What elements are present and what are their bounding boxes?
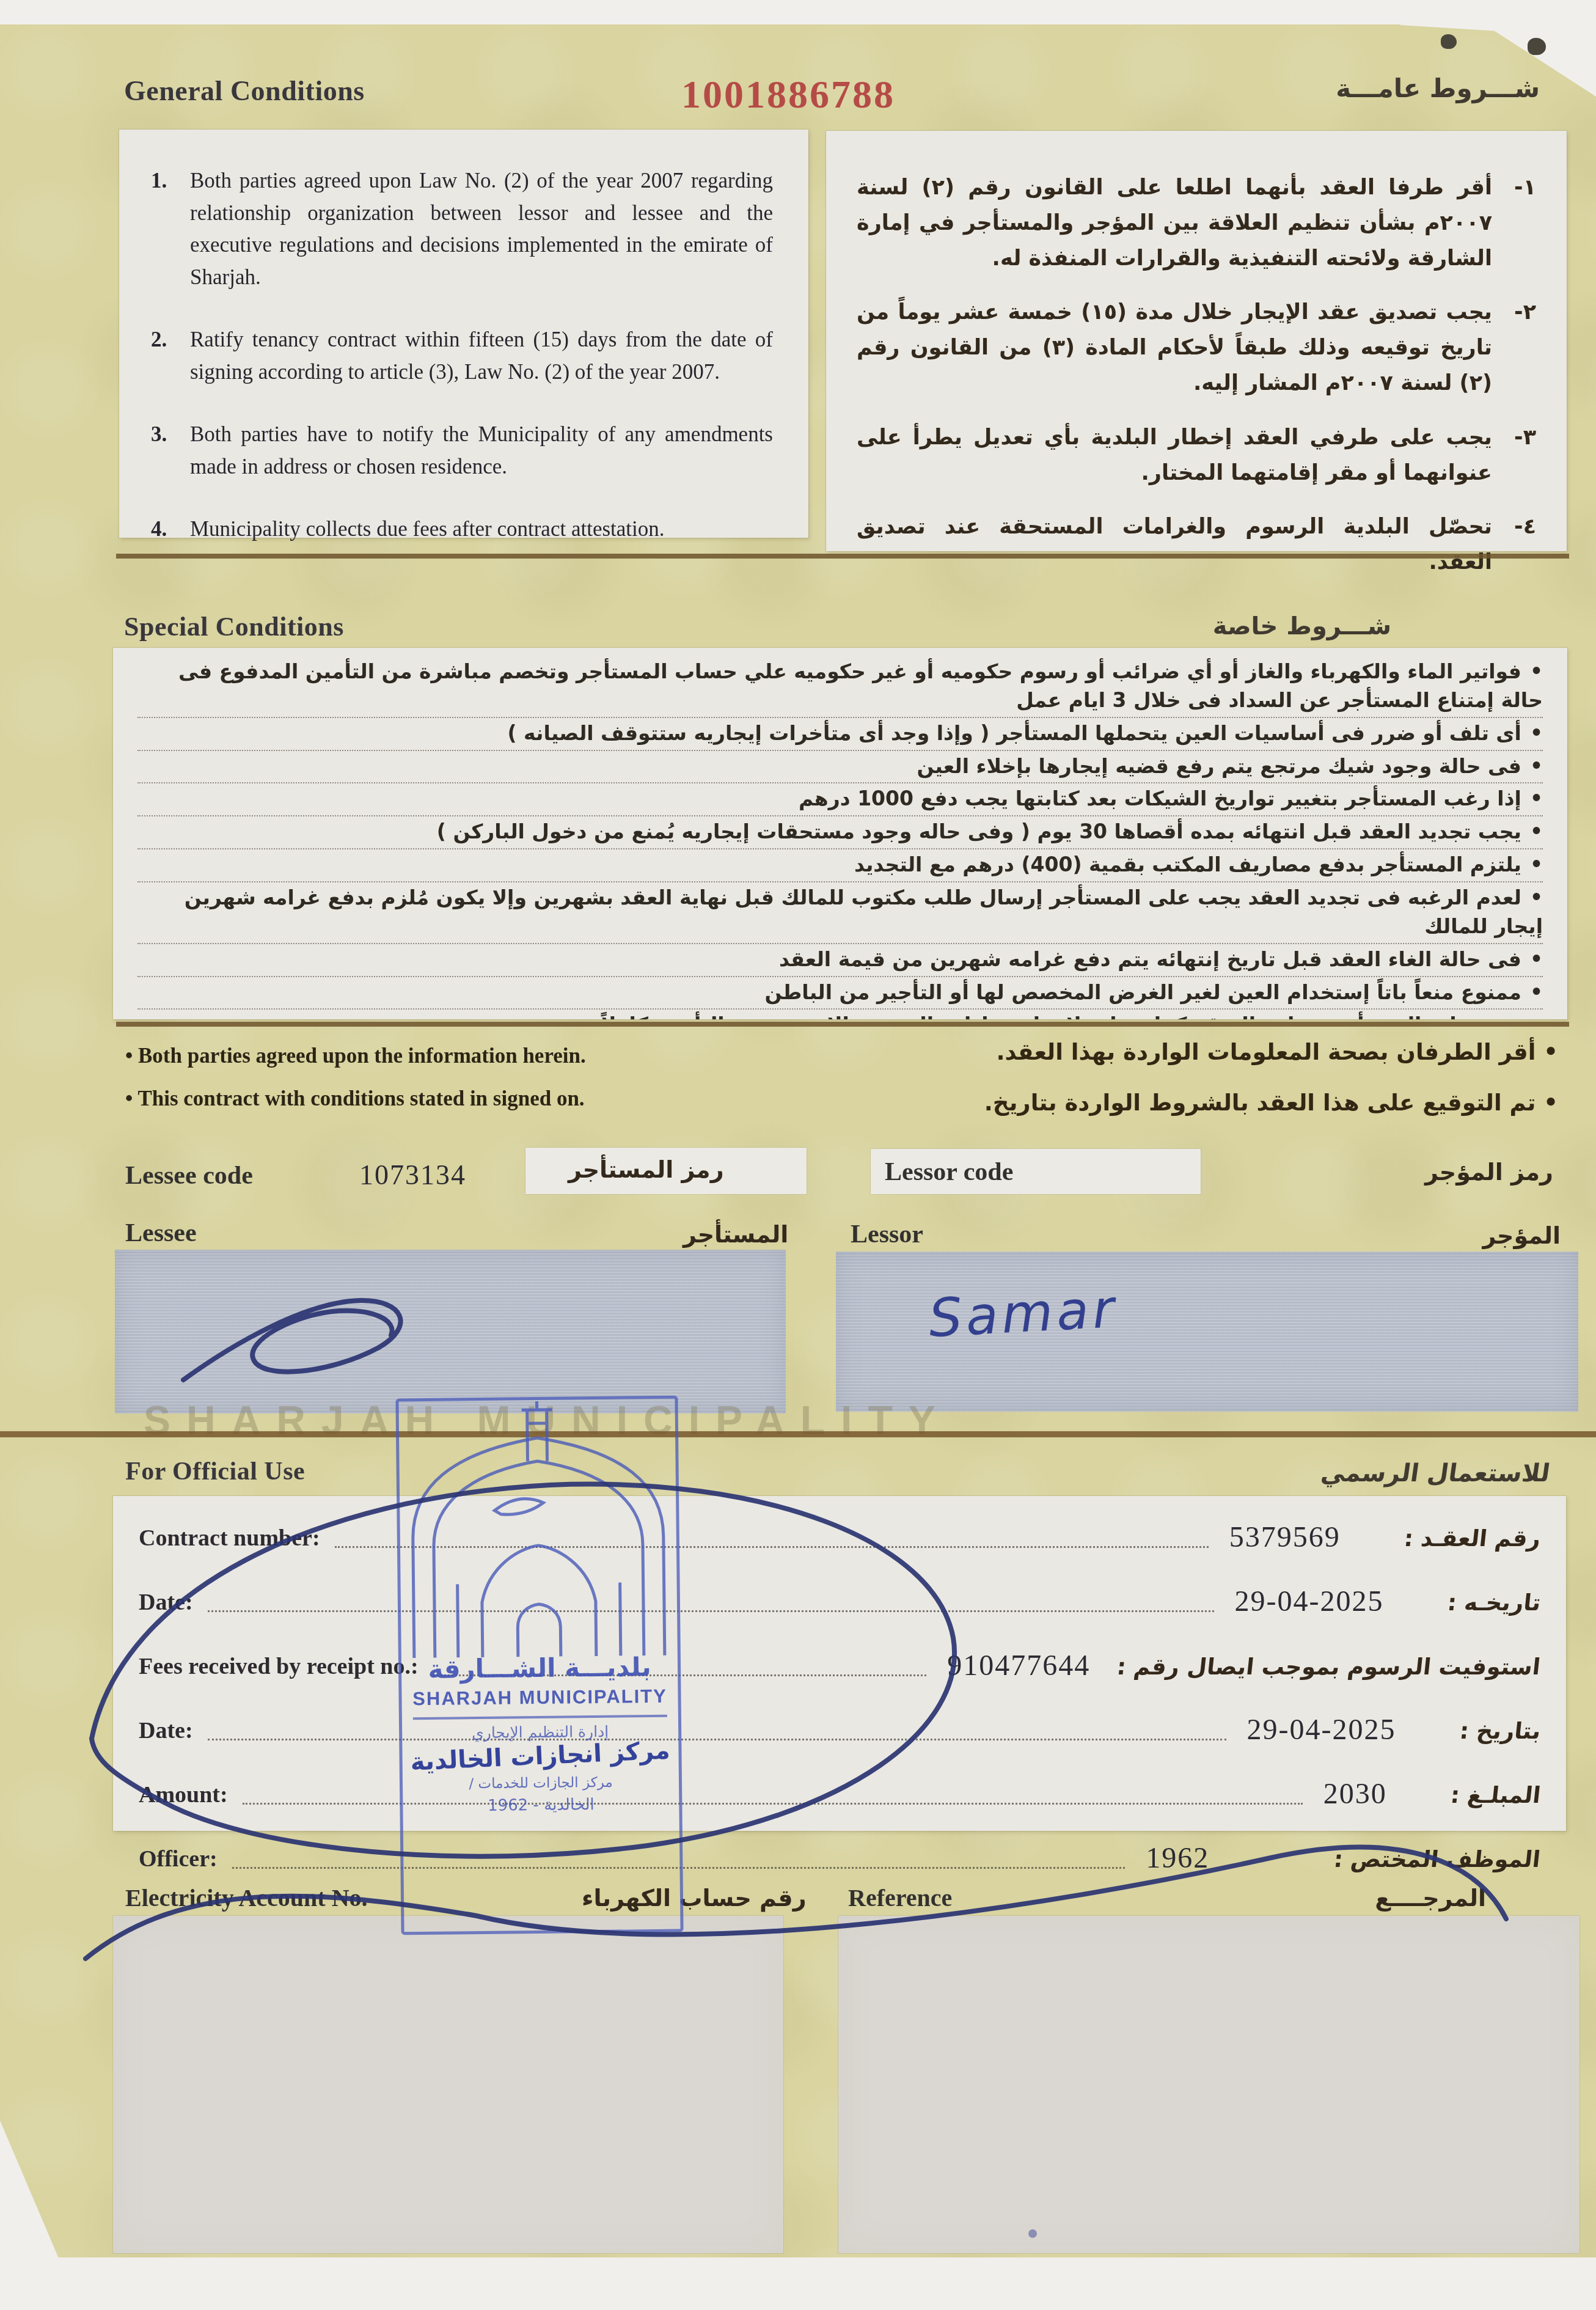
- agreement-text: أقر الطرفان بصحة المعلومات الواردة بهذا …: [996, 1039, 1536, 1065]
- row-value: 2030: [1323, 1777, 1387, 1811]
- special-condition-item: •فى حالة الغاء العقد قبل تاريخ إنتهائه ي…: [137, 944, 1543, 977]
- item-number: 1.: [151, 165, 178, 293]
- agreement-line: • Both parties agreed upon the informati…: [125, 1044, 586, 1068]
- row-label-en: Date:: [139, 1717, 193, 1744]
- stamp-center-ar: مركز انجازات الخالدية: [410, 1736, 671, 1776]
- dotted-line: [208, 1739, 1226, 1740]
- lessee-signature-area: [115, 1250, 786, 1414]
- item-text: إذا رغب المستأجر بتغيير تواريخ الشيكات ب…: [799, 787, 1521, 810]
- item-number: 3.: [151, 419, 178, 483]
- special-condition-item: •فى حالة وجود شيك مرتجع يتم رفع قضيه إيج…: [137, 751, 1543, 784]
- item-text: لعدم الرغبه فى تجديد العقد يجب على المست…: [185, 886, 1543, 938]
- special-condition-item: •ممنوع منعاً باتاً إستخدام العين لغير ال…: [137, 977, 1543, 1010]
- row-label-en: Fees received by receipt no.:: [139, 1653, 419, 1680]
- item-text: ممنوع منعاً باتاً إستخدام العين لغير الغ…: [765, 980, 1521, 1004]
- item-text: أقر طرفا العقد بأنهما اطلعا على القانون …: [857, 170, 1492, 276]
- agreement-line: • أقر الطرفان بصحة المعلومات الواردة بهذ…: [984, 1039, 1558, 1065]
- item-number: 2.: [151, 324, 178, 388]
- special-conditions-title-en: Special Conditions: [124, 611, 344, 642]
- special-condition-item: •إذا رغب المستأجر بتغيير تواريخ الشيكات …: [137, 783, 1543, 816]
- special-condition-item: •يجب تجديد العقد قبل انتهائه بمده أقصاها…: [137, 816, 1543, 849]
- row-label-ar: استوفيت الرسوم بموجب ايصال رقم :: [1116, 1654, 1542, 1680]
- electricity-account-box: [113, 1916, 783, 2253]
- lessee-label-en: Lessee: [125, 1219, 197, 1248]
- row-value: 29-04-2025: [1247, 1713, 1396, 1747]
- item-text: يجب تجديد العقد قبل انتهائه بمده أقصاها …: [437, 820, 1521, 843]
- item-number: ٤-: [1504, 509, 1536, 580]
- reference-label-en: Reference: [848, 1883, 952, 1912]
- lessee-code-label-ar: رمز المستأجر: [568, 1156, 724, 1183]
- item-text: يجب تصديق عقد الإيجار خلال مدة (١٥) خمسة…: [857, 295, 1492, 401]
- bullet-glyph: •: [125, 1087, 133, 1110]
- row-label-ar: تاريخـه :: [1446, 1590, 1542, 1616]
- stamp-municipality-ar: بلديـــة الشـــارقة: [428, 1652, 651, 1684]
- section-divider: [116, 554, 1569, 559]
- mosque-arch-icon: [401, 1399, 674, 1659]
- item-text: Both parties have to notify the Municipa…: [190, 419, 773, 483]
- item-text: فى حالة الغاء العقد قبل تاريخ إنتهائه يت…: [779, 947, 1521, 971]
- agreement-line: • This contract with conditions stated i…: [125, 1087, 586, 1111]
- section-divider: [116, 1022, 1569, 1027]
- lessor-code-label-en: Lessor code: [885, 1157, 1013, 1187]
- stamp-municipality-en: SHARJAH MUNICIPALITY: [412, 1685, 667, 1710]
- item-text: يلتزم المستأجر بدفع مصاريف المكتب بقمية …: [854, 853, 1521, 876]
- bullet-glyph: •: [1543, 1090, 1558, 1116]
- dotted-line: [208, 1610, 1214, 1612]
- item-text: يجب على طرفي العقد إخطار البلدية بأي تعد…: [857, 420, 1492, 491]
- item-text: فى حالة وجود شيك مرتجع يتم رفع قضيه إيجا…: [917, 754, 1521, 778]
- row-value: 5379569: [1229, 1520, 1341, 1554]
- sharjah-municipality-stamp: بلديـــة الشـــارقة SHARJAH MUNICIPALITY…: [395, 1396, 683, 1935]
- item-text: Municipality collects due fees after con…: [190, 513, 773, 546]
- general-condition-en-item: 2. Ratify tenancy contract within fiftee…: [151, 324, 773, 388]
- bullet-glyph: •: [1530, 721, 1543, 745]
- agreement-text: This contract with conditions stated in …: [137, 1087, 584, 1110]
- scan-margin-top: [0, 0, 1596, 24]
- bullet-glyph: •: [1530, 947, 1543, 971]
- official-row-date2: Date: 29-04-2025 بتاريخ :: [113, 1689, 1566, 1753]
- stamp-services-ar: مركز الجازات للخدمات /: [469, 1775, 613, 1792]
- general-conditions-list-en: 1. Both parties agreed upon Law No. (2) …: [119, 130, 808, 538]
- staple-mark: [1441, 34, 1457, 49]
- row-label-ar: بتاريخ :: [1458, 1718, 1542, 1744]
- item-number: ٢-: [1504, 295, 1536, 401]
- row-label-en: Date:: [139, 1589, 193, 1616]
- item-number: ٣-: [1504, 420, 1536, 491]
- general-condition-en-item: 3. Both parties have to notify the Munic…: [151, 419, 773, 483]
- staple-mark: [1528, 38, 1546, 55]
- stamp-divider: [413, 1715, 667, 1720]
- official-use-title-en: For Official Use: [125, 1457, 305, 1486]
- special-condition-item: •فواتير الماء والكهرباء والغاز أو أي ضرا…: [137, 656, 1543, 718]
- official-row-fees-receipt: Fees received by receipt no.: 910477644 …: [113, 1624, 1566, 1689]
- lessor-label-ar: المؤجر: [1482, 1222, 1561, 1249]
- lessee-label-ar: المستأجر: [683, 1221, 788, 1248]
- reference-label-ar: المرجــــع: [1375, 1885, 1486, 1912]
- row-label-ar: رقم العقـد :: [1403, 1525, 1542, 1552]
- agreement-statements-en: • Both parties agreed upon the informati…: [125, 1044, 586, 1129]
- general-condition-en-item: 1. Both parties agreed upon Law No. (2) …: [151, 165, 773, 293]
- bullet-glyph: •: [125, 1044, 133, 1068]
- official-row-date: Date: 29-04-2025 تاريخـه :: [113, 1560, 1566, 1624]
- lessor-code-label-ar: رمز المؤجر: [1425, 1159, 1553, 1186]
- bullet-glyph: •: [1530, 980, 1543, 1004]
- electricity-account-label-en: Electricity Account No.: [125, 1883, 368, 1912]
- row-value: 910477644: [947, 1649, 1090, 1682]
- row-label-en: Officer:: [139, 1846, 218, 1872]
- item-text: Ratify tenancy contract within fifteen (…: [190, 324, 773, 388]
- row-label-ar: الموظف المختص :: [1333, 1846, 1542, 1872]
- scan-margin-bottom: [0, 2257, 1596, 2310]
- item-number: 4.: [151, 513, 178, 546]
- item-text: فواتير الماء والكهرباء والغاز أو أي ضرائ…: [178, 659, 1543, 712]
- special-condition-item: •لعدم الرغبه فى تجديد العقد يجب على المس…: [137, 882, 1543, 944]
- bullet-glyph: •: [1530, 886, 1543, 909]
- stamp-department-ar: إدارة التنظيم الإيجاري: [472, 1723, 609, 1742]
- official-row-contract-number: Contract number: 5379569 رقم العقـد :: [113, 1496, 1566, 1560]
- lessee-code-label-en: Lessee code: [125, 1161, 253, 1190]
- item-text: تحصّل البلدية الرسوم والغرامات المستحقة …: [857, 509, 1492, 580]
- special-condition-item: •يجب على المستأجر تسليم الشقه كما تم إست…: [137, 1010, 1543, 1019]
- agreement-statements-ar: • أقر الطرفان بصحة المعلومات الواردة بهذ…: [984, 1039, 1558, 1140]
- row-label-en: Amount:: [139, 1781, 228, 1808]
- general-condition-en-item: 4. Municipality collects due fees after …: [151, 513, 773, 546]
- bullet-glyph: •: [1530, 754, 1543, 778]
- row-value: 1962: [1146, 1841, 1209, 1875]
- bullet-glyph: •: [1530, 1013, 1543, 1019]
- stamp-branch-year-ar: الخالدية - 1962: [488, 1795, 595, 1815]
- official-row-officer: Officer: 1962 الموظف المختص :: [113, 1817, 1566, 1881]
- special-condition-item: •أى تلف أو ضرر فى أساسيات العين يتحملها …: [137, 718, 1543, 751]
- reference-box: [838, 1916, 1580, 2253]
- lessor-label-en: Lessor: [851, 1220, 923, 1249]
- item-text: أى تلف أو ضرر فى أساسيات العين يتحملها ا…: [508, 721, 1521, 745]
- bullet-glyph: •: [1530, 659, 1543, 683]
- agreement-text: تم التوقيع على هذا العقد بالشروط الواردة…: [984, 1090, 1536, 1116]
- general-condition-ar-item: ٤- تحصّل البلدية الرسوم والغرامات المستح…: [857, 509, 1536, 580]
- agreement-text: Both parties agreed upon the information…: [138, 1044, 586, 1068]
- contract-serial-number: 1001886788: [642, 72, 935, 117]
- row-label-en: Contract number:: [139, 1525, 320, 1552]
- general-condition-ar-item: ١- أقر طرفا العقد بأنهما اطلعا على القان…: [857, 170, 1536, 276]
- bullet-glyph: •: [1543, 1039, 1558, 1065]
- official-row-amount: Amount: 2030 المبلـغ :: [113, 1753, 1566, 1817]
- lessor-signature-handwriting: Samar: [928, 1278, 1119, 1349]
- bullet-glyph: •: [1530, 787, 1543, 810]
- row-value: 29-04-2025: [1235, 1585, 1384, 1618]
- bullet-glyph: •: [1530, 820, 1543, 843]
- general-conditions-title-en: General Conditions: [124, 75, 365, 107]
- general-conditions-title-ar: شـــروط عامـــة: [1336, 73, 1540, 103]
- lessee-code-value: 1073134: [359, 1159, 466, 1191]
- general-conditions-list-ar: ١- أقر طرفا العقد بأنهما اطلعا على القان…: [826, 131, 1567, 551]
- item-number: ١-: [1504, 170, 1536, 276]
- item-text: Both parties agreed upon Law No. (2) of …: [190, 165, 773, 293]
- special-conditions-box: •فواتير الماء والكهرباء والغاز أو أي ضرا…: [113, 648, 1567, 1019]
- general-condition-ar-item: ٣- يجب على طرفي العقد إخطار البلدية بأي …: [857, 420, 1536, 491]
- official-use-title-ar: للاستعمال الرسمي: [1319, 1459, 1551, 1487]
- row-label-ar: المبلـغ :: [1449, 1782, 1542, 1808]
- agreement-line: • تم التوقيع على هذا العقد بالشروط الوار…: [984, 1090, 1558, 1116]
- special-condition-item: •يلتزم المستأجر بدفع مصاريف المكتب بقمية…: [137, 849, 1543, 882]
- official-use-box: Contract number: 5379569 رقم العقـد : Da…: [113, 1496, 1566, 1831]
- general-condition-ar-item: ٢- يجب تصديق عقد الإيجار خلال مدة (١٥) خ…: [857, 295, 1536, 401]
- section-divider: [0, 1431, 1596, 1437]
- item-text: يجب على المستأجر تسليم الشقه كما تم إستل…: [601, 1013, 1521, 1019]
- special-conditions-title-ar: شـــروط خاصة: [1213, 612, 1391, 640]
- bullet-glyph: •: [1530, 853, 1543, 876]
- scanned-tenancy-contract: General Conditions 1001886788 شـــروط عا…: [0, 0, 1596, 2310]
